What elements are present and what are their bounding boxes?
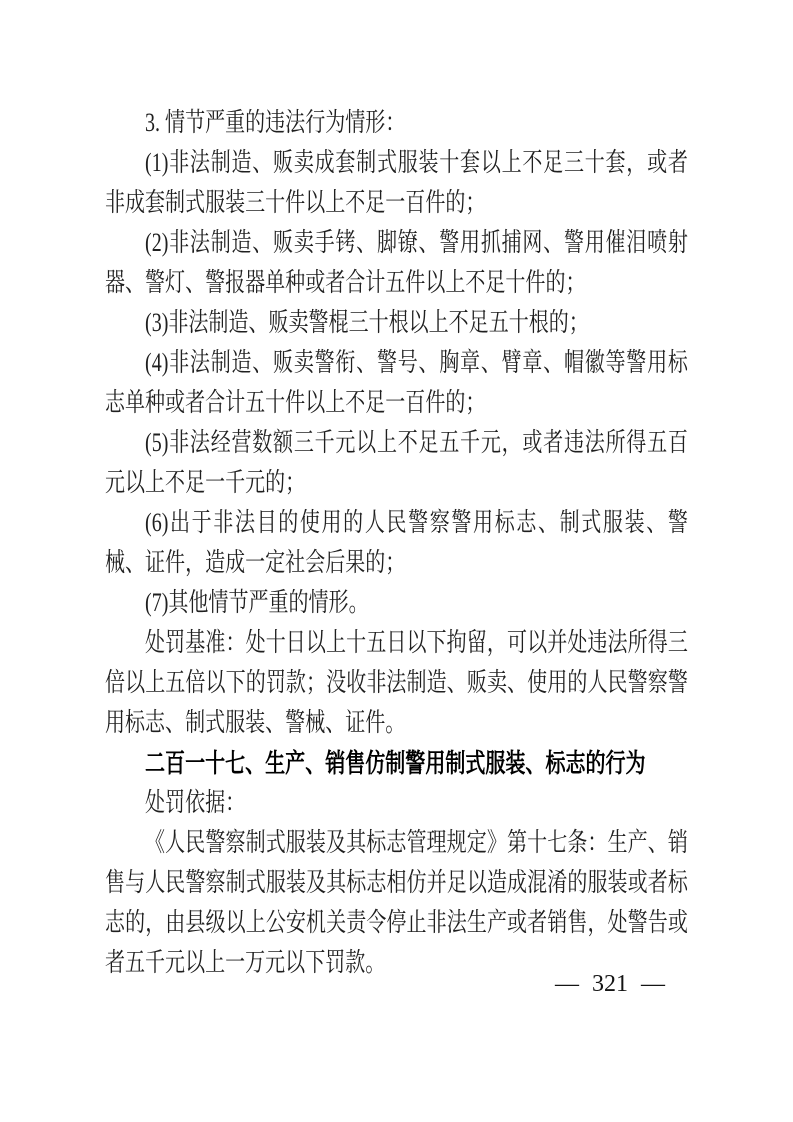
paragraph-regulation-quote: 《人民警察制式服装及其标志管理规定》第十七条：生产、销售与人民警察制式服装及其标…: [105, 823, 688, 983]
paragraph-item-5: (5)非法经营数额三千元以上不足五千元，或者违法所得五百元以上不足一千元的；: [105, 423, 688, 503]
paragraph-penalty-standard: 处罚基准：处十日以上十五日以下拘留，可以并处违法所得三倍以上五倍以下的罚款；没收…: [105, 623, 688, 743]
page-footer: —321—: [555, 969, 665, 999]
footer-left-dash: —: [555, 969, 579, 999]
paragraph-item-2: (2)非法制造、贩卖手铐、脚镣、警用抓捕网、警用催泪喷射器、警灯、警报器单种或者…: [105, 223, 688, 303]
paragraph-item-4: (4)非法制造、贩卖警衔、警号、胸章、臂章、帽徽等警用标志单种或者合计五十件以上…: [105, 343, 688, 423]
paragraph-item-7: (7)其他情节严重的情形。: [105, 583, 688, 623]
body-text: 3. 情节严重的违法行为情形： (1)非法制造、贩卖成套制式服装十套以上不足三十…: [105, 103, 688, 983]
page-number: 321: [592, 969, 628, 999]
paragraph-item-1: (1)非法制造、贩卖成套制式服装十套以上不足三十套，或者非成套制式服装三十件以上…: [105, 143, 688, 223]
paragraph-penalty-basis-label: 处罚依据：: [105, 783, 688, 823]
footer-right-dash: —: [641, 969, 665, 999]
section-heading-217: 二百一十七、生产、销售仿制警用制式服装、标志的行为: [105, 743, 688, 783]
document-page: 3. 情节严重的违法行为情形： (1)非法制造、贩卖成套制式服装十套以上不足三十…: [0, 0, 793, 1122]
paragraph-item-6: (6)出于非法目的使用的人民警察警用标志、制式服装、警械、证件，造成一定社会后果…: [105, 503, 688, 583]
paragraph-severe-cases-intro: 3. 情节严重的违法行为情形：: [105, 103, 688, 143]
paragraph-item-3: (3)非法制造、贩卖警棍三十根以上不足五十根的；: [105, 303, 688, 343]
